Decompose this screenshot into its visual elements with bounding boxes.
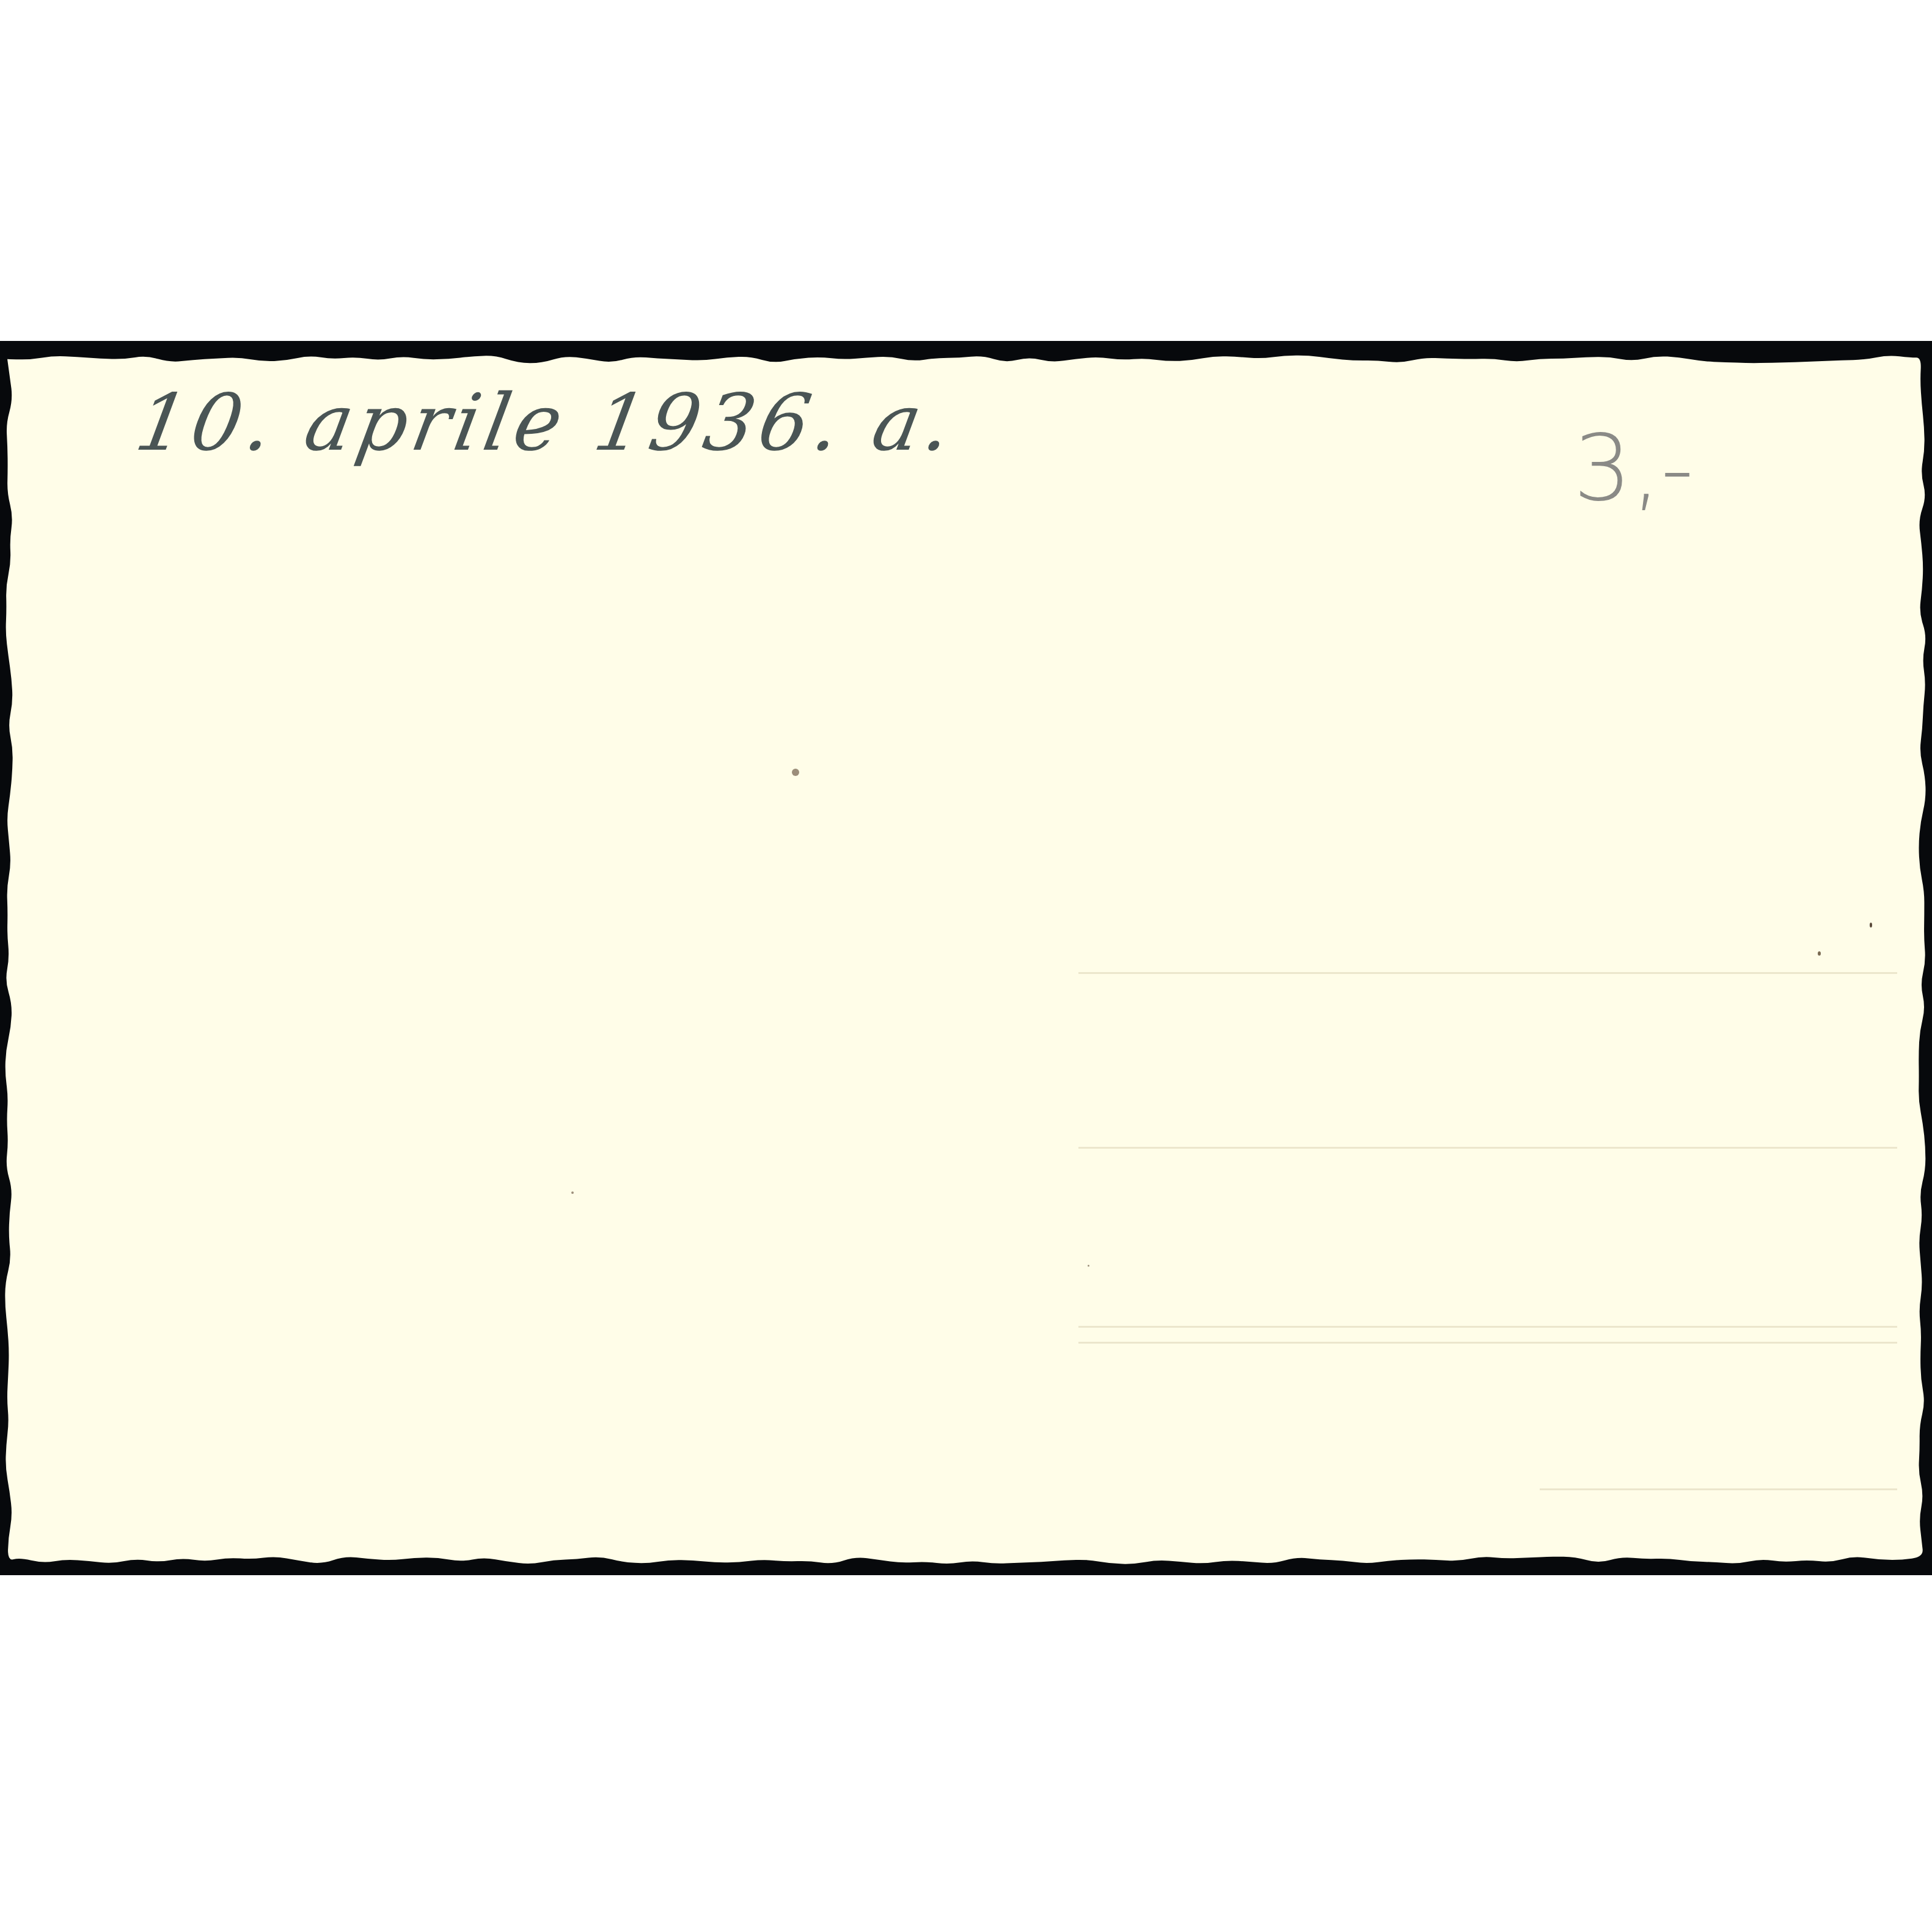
paper-speck [1870, 923, 1872, 928]
address-line-3b [1078, 1342, 1897, 1344]
address-line-2 [1078, 1147, 1897, 1149]
address-line-3a [1078, 1326, 1897, 1328]
address-line-4 [1540, 1488, 1897, 1490]
paper-speck [571, 1191, 574, 1194]
deckle-edge-card-shape [0, 0, 1932, 1932]
address-line-1 [1078, 972, 1897, 974]
handwritten-date: 10. aprile 1936. a. [130, 378, 963, 469]
postcard-back: 10. aprile 1936. a. 3,- [0, 0, 1932, 1932]
paper-speck [1088, 1265, 1089, 1267]
paper-speck [1818, 951, 1821, 956]
handwritten-price: 3,- [1573, 415, 1694, 522]
paper-speck [792, 769, 799, 776]
